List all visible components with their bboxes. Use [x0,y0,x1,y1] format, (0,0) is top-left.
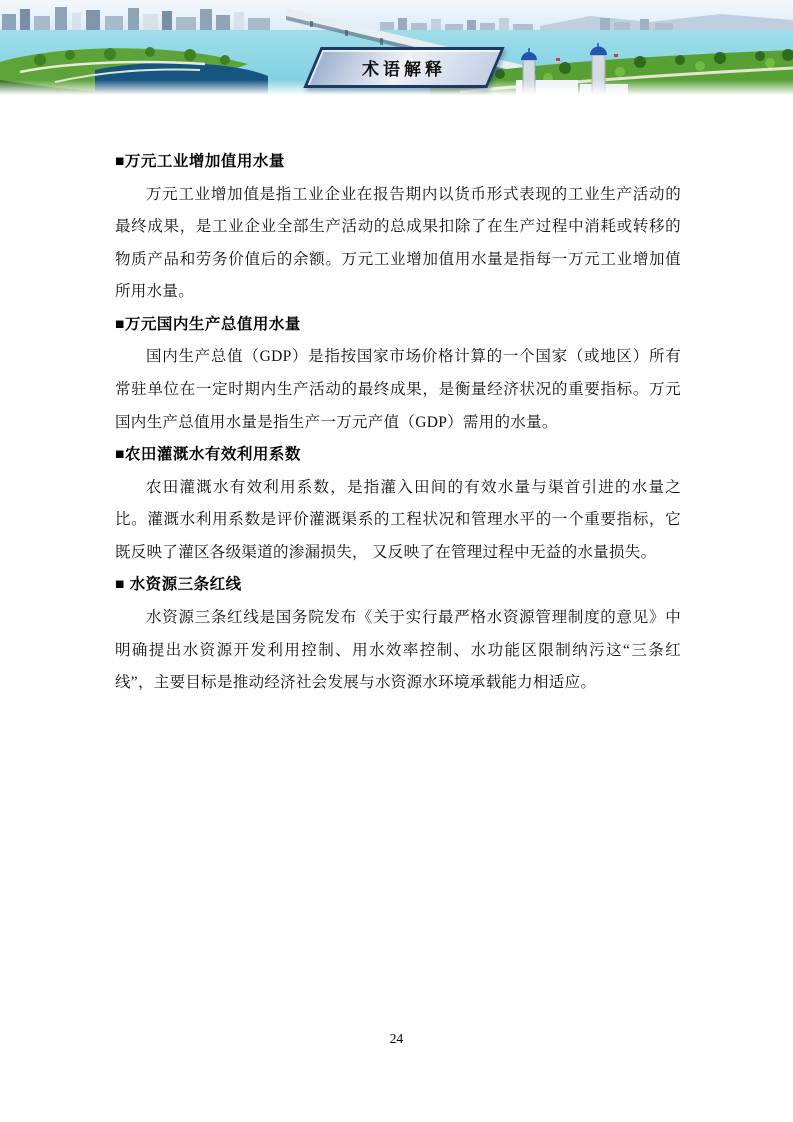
term-body: 农田灌溉水有效利用系数，是指灌入田间的有效水量与渠首引进的水量之比。灌溉水利用系… [115,472,681,570]
badge-label: 术语解释 [362,55,446,80]
term-body: 万元工业增加值是指工业企业在报告期内以货币形式表现的工业生产活动的最终成果，是工… [115,179,681,309]
terminology-content: ■万元工业增加值用水量 万元工业增加值是指工业企业在报告期内以货币形式表现的工业… [115,146,681,700]
term-section-industrial-added-value: ■万元工业增加值用水量 万元工业增加值是指工业企业在报告期内以货币形式表现的工业… [115,146,681,309]
term-heading: ■万元国内生产总值用水量 [115,309,681,342]
page-number: 24 [0,1031,793,1047]
term-body: 国内生产总值（GDP）是指按国家市场价格计算的一个国家（或地区）所有常驻单位在一… [115,341,681,439]
term-heading: ■农田灌溉水有效利用系数 [115,439,681,472]
term-heading: ■万元工业增加值用水量 [115,146,681,179]
term-section-three-red-lines: ■ 水资源三条红线 水资源三条红线是国务院发布《关于实行最严格水资源管理制度的意… [115,569,681,699]
term-section-irrigation-coefficient: ■农田灌溉水有效利用系数 农田灌溉水有效利用系数，是指灌入田间的有效水量与渠首引… [115,439,681,569]
term-section-gdp-water-use: ■万元国内生产总值用水量 国内生产总值（GDP）是指按国家市场价格计算的一个国家… [115,309,681,439]
section-title-badge: 术语解释 [303,47,504,88]
term-body: 水资源三条红线是国务院发布《关于实行最严格水资源管理制度的意见》中明确提出水资源… [115,602,681,700]
term-heading: ■ 水资源三条红线 [115,569,681,602]
